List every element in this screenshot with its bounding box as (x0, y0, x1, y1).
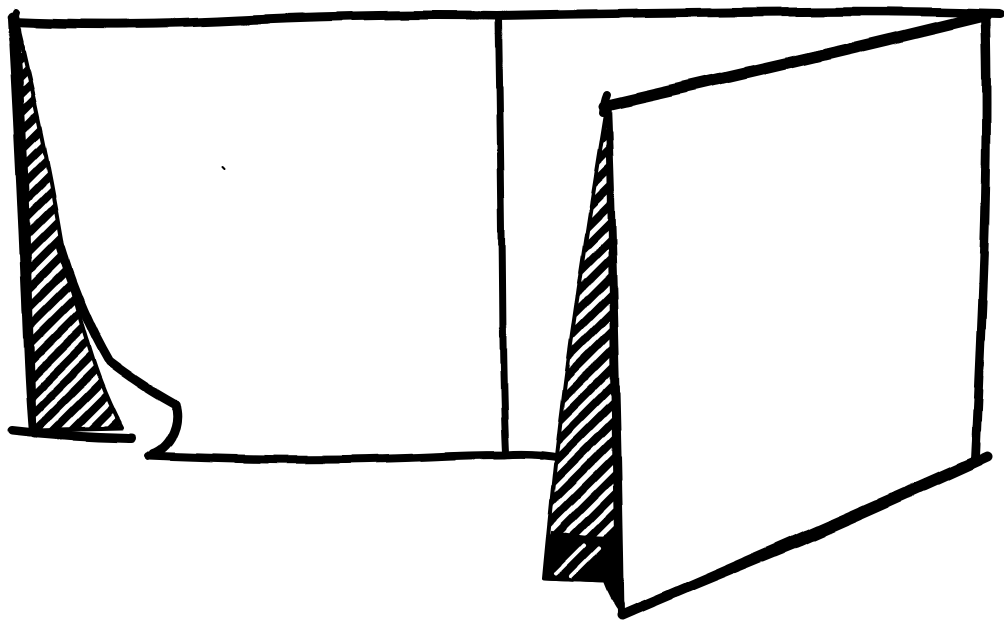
front-panel-corner-tail (604, 581, 622, 614)
drawing-group (12, 12, 1000, 615)
back-sheet-bottom-edge (149, 454, 561, 459)
left-shadow-hatch-wedge (17, 24, 122, 430)
center-fold-crease (499, 18, 506, 453)
back-sheet-bottom-left (12, 430, 132, 438)
front-panel-face (607, 17, 986, 614)
sketch-canvas (0, 0, 1004, 630)
folded-paper-illustration (0, 0, 1004, 630)
front-shadow-hatch-wedge (544, 108, 617, 582)
paper-speck (222, 167, 224, 169)
back-sheet-top-edge (13, 12, 1000, 24)
